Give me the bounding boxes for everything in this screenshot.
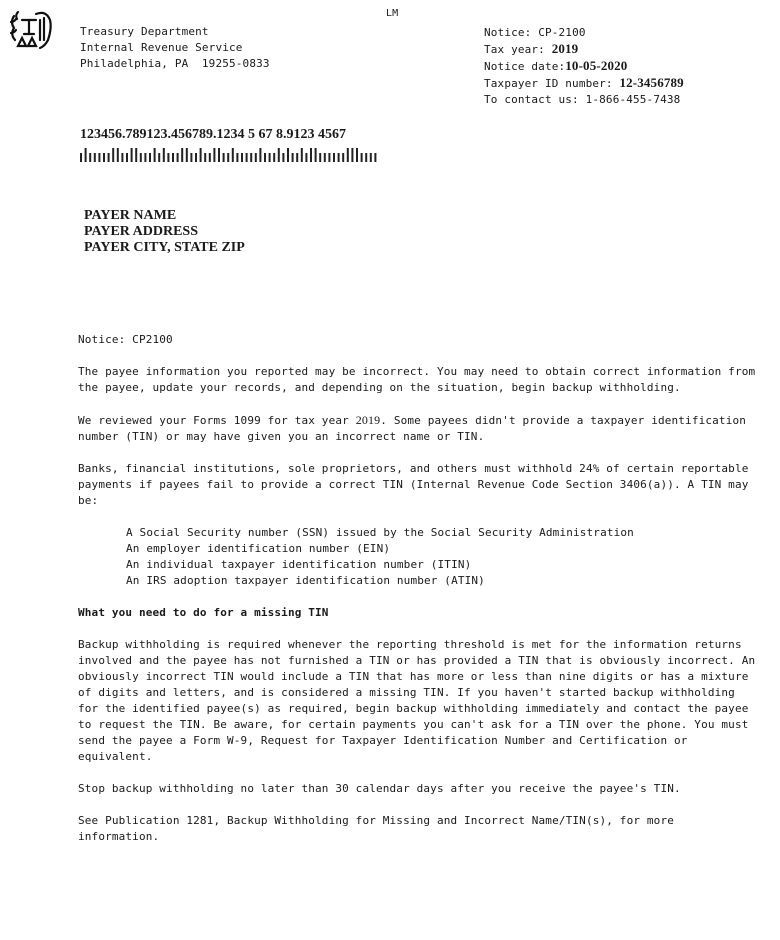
review-text: We reviewed your Forms 1099 for tax year	[78, 414, 356, 427]
tax-year-label: Tax year:	[484, 43, 545, 56]
payer-address: PAYER NAME PAYER ADDRESS PAYER CITY, STA…	[84, 208, 245, 256]
review-paragraph: We reviewed your Forms 1099 for tax year…	[78, 412, 758, 445]
taxpayer-id-label: Taxpayer ID number:	[484, 77, 613, 90]
contact-phone: To contact us: 1-866-455-7438	[484, 92, 684, 108]
scan-code-line: 123456.789123.456789.1234 5 67 8.9123 45…	[80, 127, 346, 143]
withholding-paragraph: Banks, financial institutions, sole prop…	[78, 461, 758, 509]
list-item: An IRS adoption taxpayer identification …	[126, 573, 758, 589]
tax-year-value: 2019	[552, 41, 579, 56]
notice-value: CP-2100	[538, 26, 585, 39]
list-item: A Social Security number (SSN) issued by…	[126, 525, 758, 541]
taxpayer-id: Taxpayer ID number: 12-3456789	[484, 75, 684, 92]
notice-title: Notice: CP2100	[78, 332, 758, 348]
postal-barcode-icon	[80, 148, 380, 162]
notice-date: Notice date:10-05-2020	[484, 58, 684, 75]
missing-tin-heading: What you need to do for a missing TIN	[78, 605, 758, 621]
list-item: An individual taxpayer identification nu…	[126, 557, 758, 573]
sender-line: Philadelphia, PA 19255-0833	[80, 56, 270, 72]
sender-address: Treasury Department Internal Revenue Ser…	[80, 24, 270, 72]
sender-line: Internal Revenue Service	[80, 40, 270, 56]
stop-withholding-paragraph: Stop backup withholding no later than 30…	[78, 781, 758, 797]
sender-line: Treasury Department	[80, 24, 270, 40]
payer-name: PAYER NAME	[84, 208, 245, 224]
publication-paragraph: See Publication 1281, Backup Withholding…	[78, 813, 758, 845]
payer-city-state-zip: PAYER CITY, STATE ZIP	[84, 240, 245, 256]
mail-code: LM	[386, 8, 398, 19]
irs-eagle-logo-icon	[6, 6, 54, 50]
contact-label: To contact us:	[484, 93, 579, 106]
review-year: 2019	[356, 413, 381, 427]
payer-street: PAYER ADDRESS	[84, 224, 245, 240]
notice-date-value: 10-05-2020	[565, 58, 627, 73]
tin-types-list: A Social Security number (SSN) issued by…	[78, 509, 758, 589]
tax-year: Tax year: 2019	[484, 41, 684, 58]
notice-label: Notice:	[484, 26, 531, 39]
notice-number: Notice: CP-2100	[484, 25, 684, 41]
contact-value: 1-866-455-7438	[586, 93, 681, 106]
list-item: An employer identification number (EIN)	[126, 541, 758, 557]
missing-tin-paragraph: Backup withholding is required whenever …	[78, 637, 758, 765]
notice-date-label: Notice date:	[484, 60, 565, 73]
intro-paragraph: The payee information you reported may b…	[78, 364, 758, 396]
notice-info: Notice: CP-2100 Tax year: 2019 Notice da…	[484, 25, 684, 108]
taxpayer-id-value: 12-3456789	[619, 75, 683, 90]
notice-body: Notice: CP2100 The payee information you…	[78, 332, 758, 861]
